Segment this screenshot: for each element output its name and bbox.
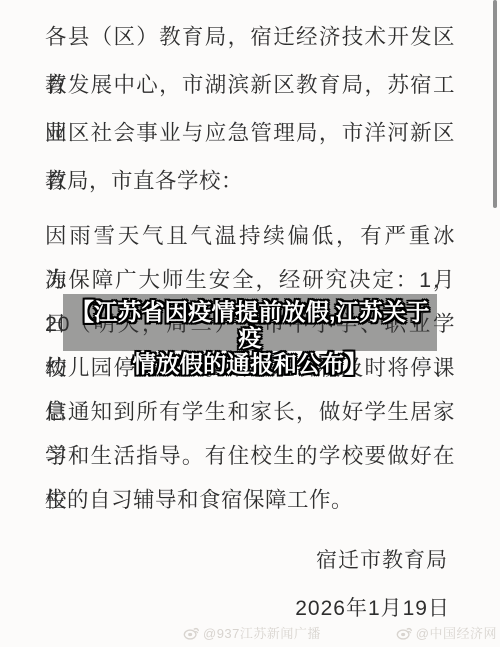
signature-org: 宿迁市教育局 [45, 537, 455, 585]
notice-body: 各县（区）教育局，宿迁经济技术开发区教育发展中心，市湖滨新区教育局，苏宿工业园区… [45, 13, 455, 522]
notice-line: 因雨雪天气且气温持续偏低，有严重冰冻， [45, 214, 455, 258]
notice-line: 习和生活指导。有住校生的学校要做好在校 [45, 434, 455, 478]
notice-line: 息通知到所有学生和家长，做好学生居家学 [45, 390, 455, 434]
scrollbar-thumb[interactable] [493, 0, 497, 208]
watermark-left-text: @937江苏新闻广播 [203, 623, 321, 642]
notice-line: 各县（区）教育局，宿迁经济技术开发区教 [45, 13, 455, 61]
caption-overlay: 【江苏省因疫情提前放假,江苏关于疫 情放假的通报和公布】 [63, 294, 437, 351]
watermark-left: @937江苏新闻广播 [183, 622, 321, 642]
watermark-right: @中国经济网 [396, 622, 497, 642]
watermark-right-text: @中国经济网 [416, 623, 497, 642]
weibo-icon [183, 625, 200, 640]
notice-line: 生的自习辅导和食宿保障工作。 [45, 478, 455, 522]
paragraph: 各县（区）教育局，宿迁经济技术开发区教育发展中心，市湖滨新区教育局，苏宿工业园区… [45, 13, 455, 205]
notice-line: 育局，市直各学校： [45, 157, 455, 205]
caption-line-1: 【江苏省因疫情提前放假,江苏关于疫 [63, 299, 437, 351]
notice-line: 育发展中心，市湖滨新区教育局，苏宿工业 [45, 61, 455, 109]
notice-line: 园区社会事业与应急管理局，市洋河新区教 [45, 109, 455, 157]
caption-line-2: 情放假的通报和公布】 [63, 351, 437, 377]
weibo-icon [396, 625, 413, 640]
